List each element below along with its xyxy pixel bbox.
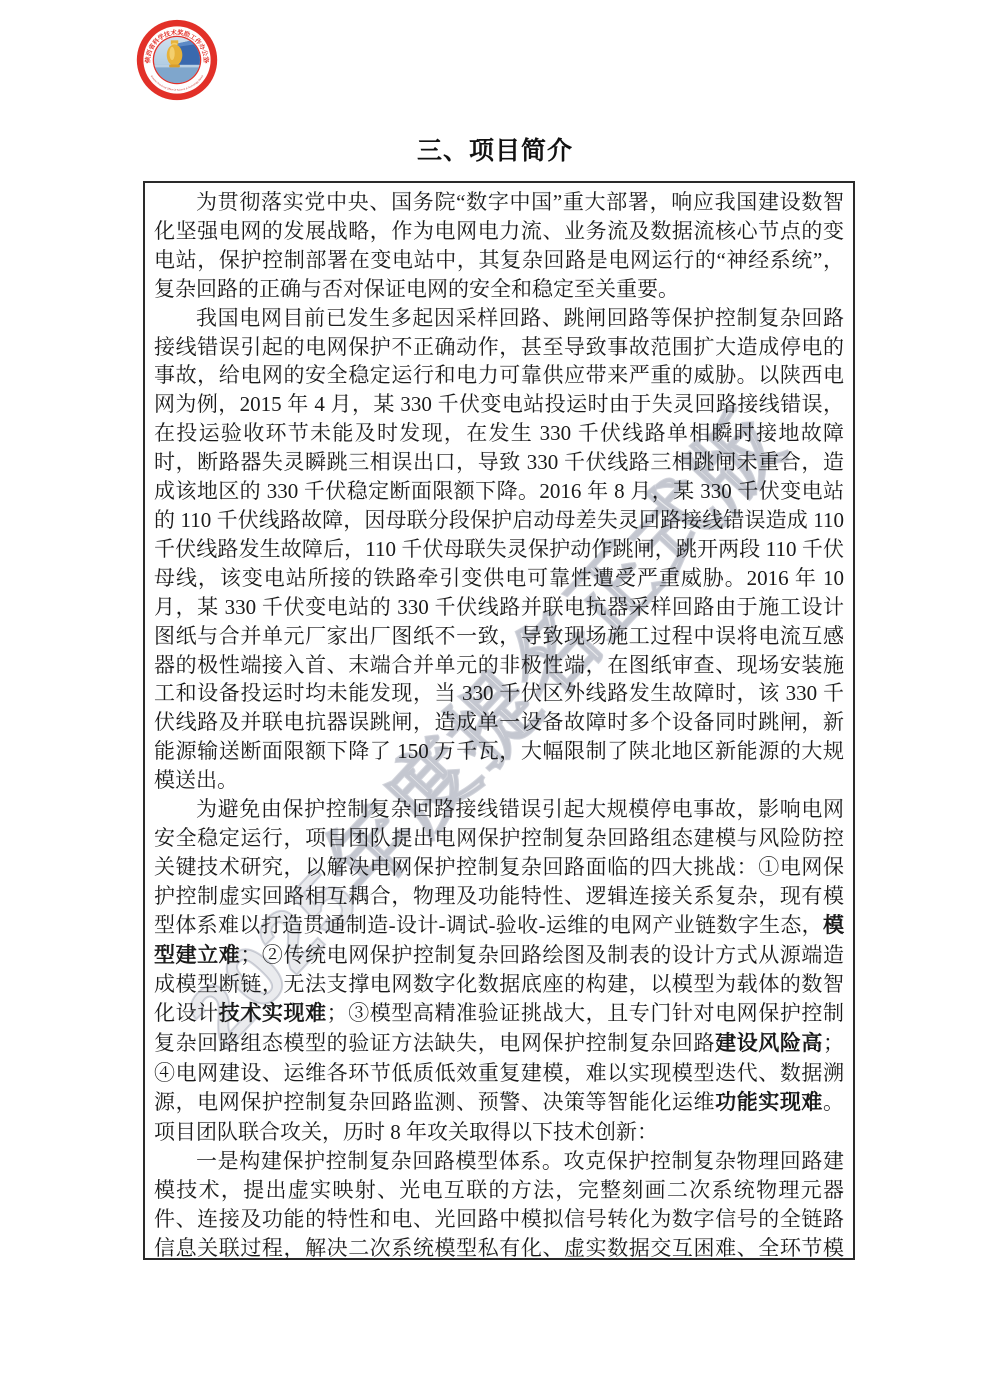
paragraph-text: 一是构建保护控制复杂回路模型体系。攻克保护控制复杂物理回路建模技术，提出虚实映射… [154,1149,844,1260]
document-page: 陕西省科学技术奖励工作办公室 Shaanxi Provincial Office… [0,0,990,1399]
paragraph: 为避免由保护控制复杂回路接线错误引起大规模停电事故，影响电网安全稳定运行，项目团… [154,795,844,1147]
paragraph: 一是构建保护控制复杂回路模型体系。攻克保护控制复杂物理回路建模技术，提出虚实映射… [154,1147,844,1260]
seal-logo-icon: 陕西省科学技术奖励工作办公室 Shaanxi Provincial Office… [136,19,218,101]
paragraph-text: 我国电网目前已发生多起因采样回路、跳闸回路等保护控制复杂回路接线错误引起的电网保… [154,306,844,793]
page-title: 三、项目简介 [0,131,990,167]
paragraph-text: 为避免由保护控制复杂回路接线错误引起大规模停电事故，影响电网安全稳定运行，项目团… [154,797,844,937]
challenge-keyword: 建设风险高 [715,1032,823,1055]
challenge-keyword: 功能实现难 [715,1091,823,1114]
project-intro-box: 为贯彻落实党中央、国务院“数字中国”重大部署，响应我国建设数智化坚强电网的发展战… [143,181,855,1260]
seal-star-left-icon: ★ [145,59,149,64]
challenge-keyword: 技术实现难 [219,1002,327,1025]
paragraph: 为贯彻落实党中央、国务院“数字中国”重大部署，响应我国建设数智化坚强电网的发展战… [154,188,844,304]
paragraph: 我国电网目前已发生多起因采样回路、跳闸回路等保护控制复杂回路接线错误引起的电网保… [154,304,844,795]
doc-body: 为贯彻落实党中央、国务院“数字中国”重大部署，响应我国建设数智化坚强电网的发展战… [154,188,844,1260]
seal-star-right-icon: ★ [204,59,208,64]
paragraph-text: 为贯彻落实党中央、国务院“数字中国”重大部署，响应我国建设数智化坚强电网的发展战… [154,190,844,301]
award-office-seal-logo: 陕西省科学技术奖励工作办公室 Shaanxi Provincial Office… [136,19,218,101]
